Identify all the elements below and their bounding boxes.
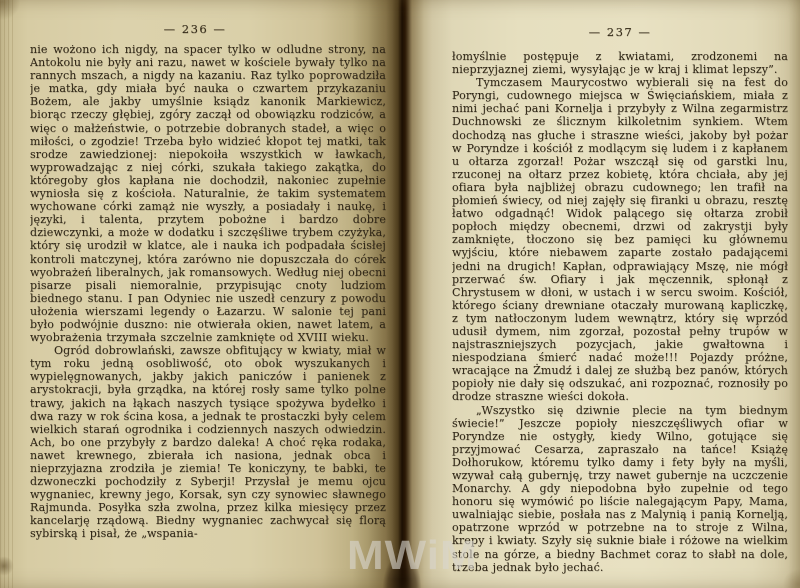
right-page-number: — 237 —: [452, 25, 788, 39]
book-scan: — 236 — — 237 — nie wożono ich nigdy, na…: [0, 0, 800, 588]
watermark: MWiM: [347, 536, 478, 576]
left-page-text: nie wożono ich nigdy, na spacer tylko w …: [30, 43, 386, 579]
paragraph: „Wszystko się dziwnie plecie na tym bied…: [452, 404, 788, 574]
left-page-number: — 236 —: [30, 22, 360, 36]
page-edge-texture: [0, 0, 14, 588]
paragraph: łomyślnie postępuje z kwiatami, zrodzone…: [452, 50, 788, 76]
paragraph: Ogród dobrowlański, zawsze obfitujący w …: [30, 344, 386, 540]
paragraph: nie wożono ich nigdy, na spacer tylko w …: [30, 43, 386, 344]
right-page-text: łomyślnie postępuje z kwiatami, zrodzone…: [452, 50, 788, 582]
paragraph: Tymczasem Maurycostwo wybierali się na f…: [452, 76, 788, 403]
